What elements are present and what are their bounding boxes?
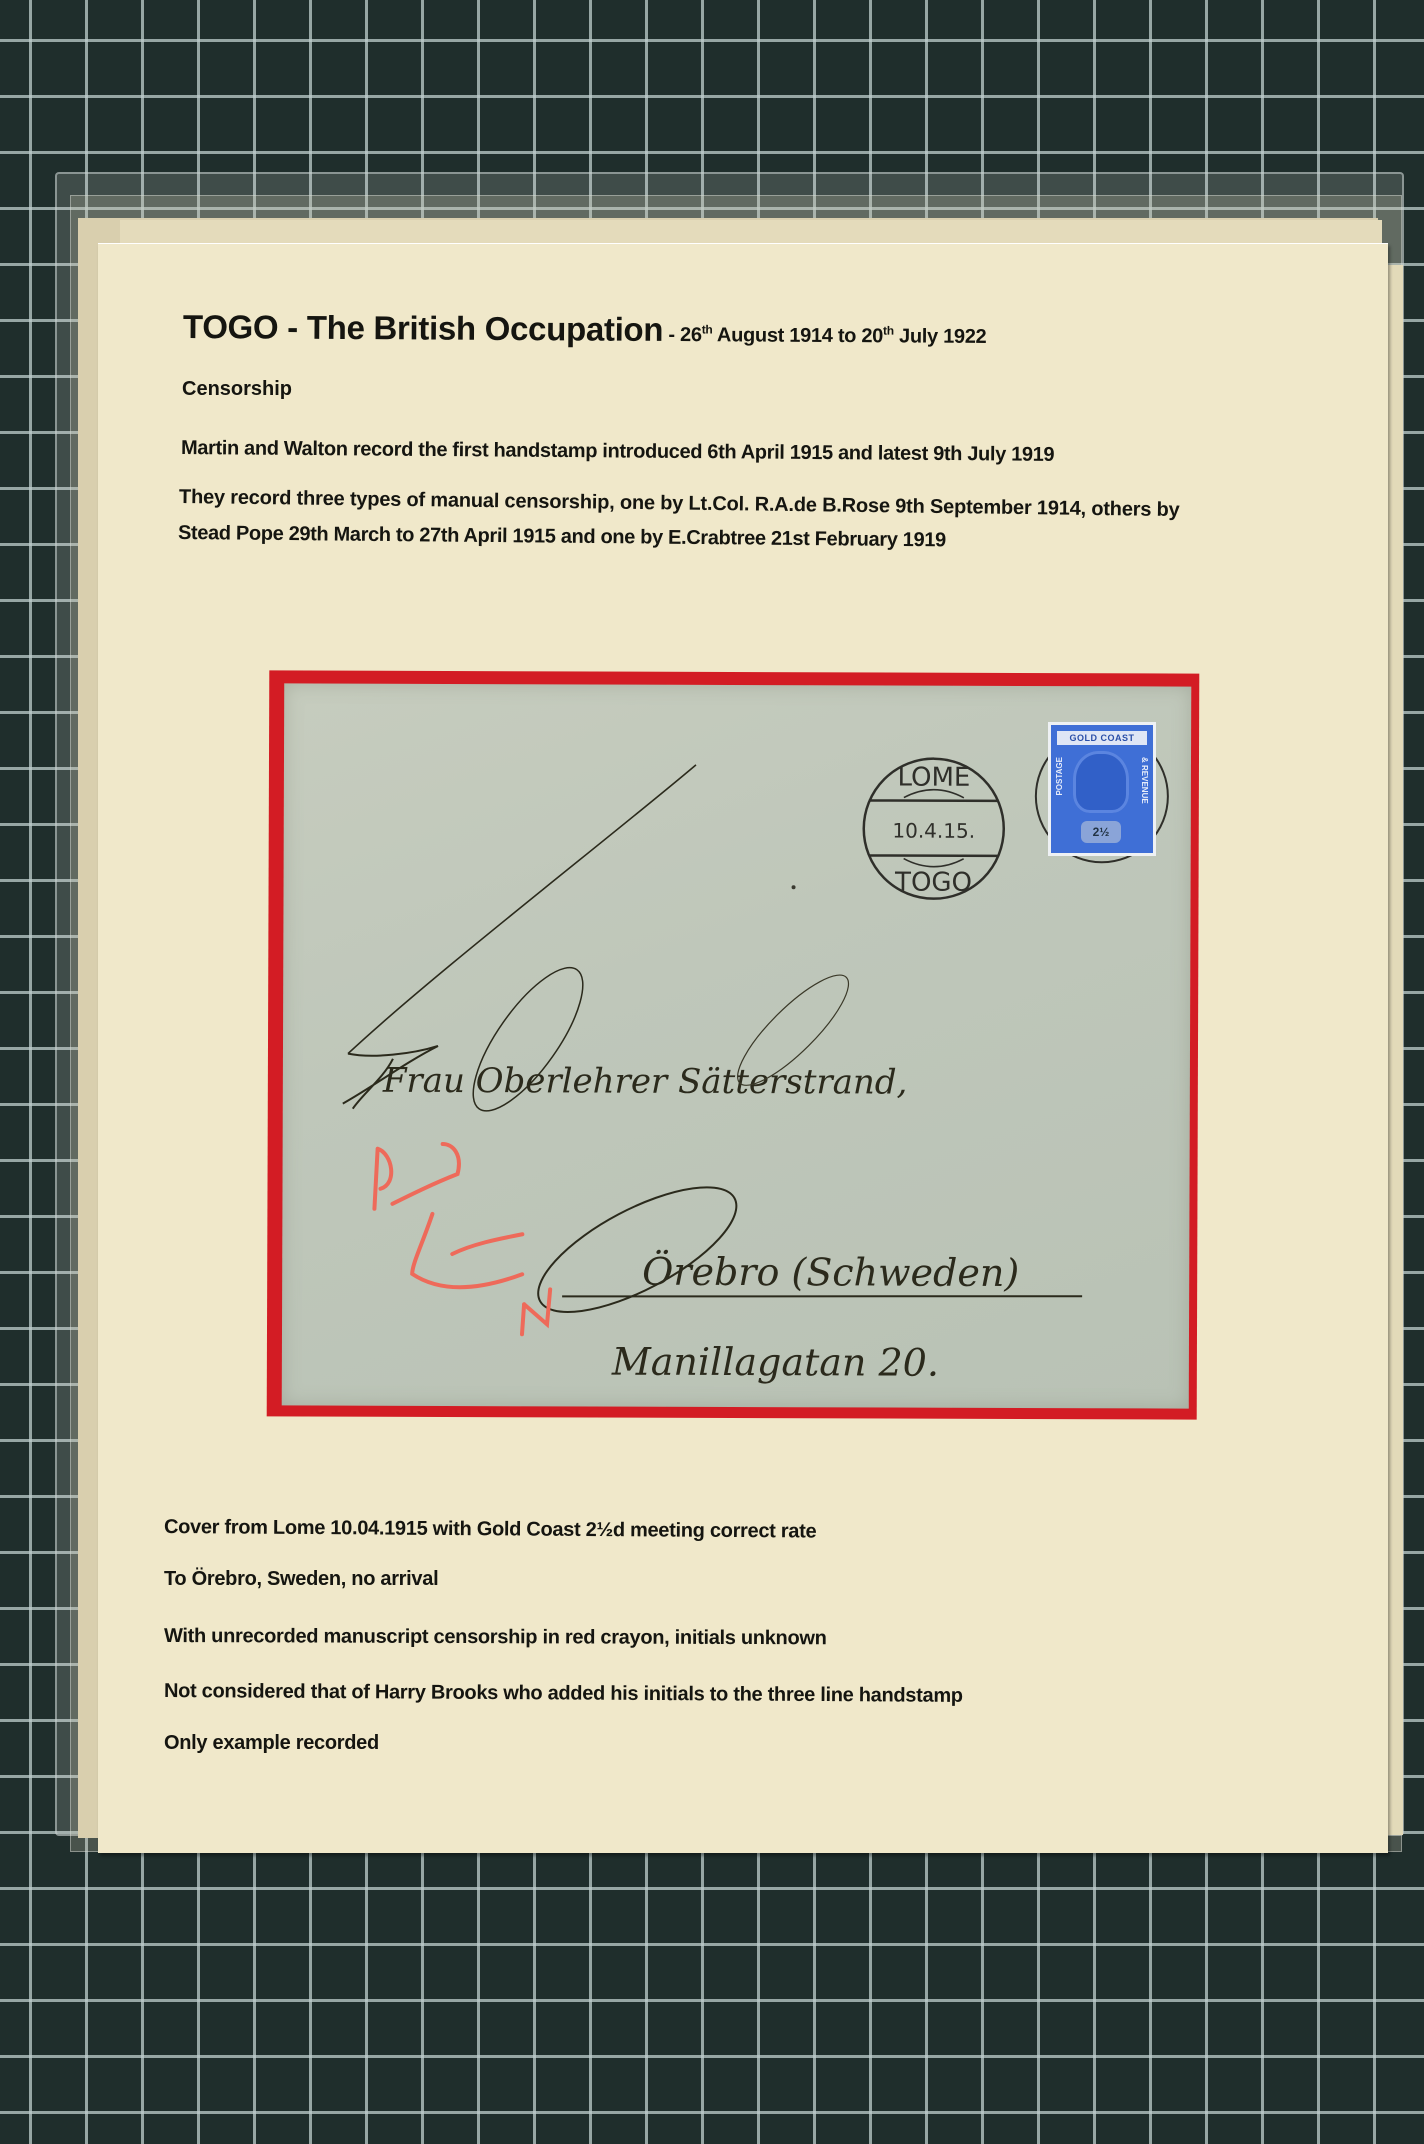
caption-line-5: Only example recorded bbox=[164, 1732, 379, 1755]
gold-coast-stamp: GOLD COAST POSTAGE & REVENUE 2½ bbox=[1048, 722, 1156, 856]
title-end-rest: July 1922 bbox=[894, 325, 987, 348]
pen-stroke-icon bbox=[348, 764, 696, 1055]
address-line-2: Örebro (Schweden) bbox=[642, 1250, 1019, 1295]
stamp-left-text: POSTAGE bbox=[1055, 757, 1064, 796]
caption-line-2: To Örebro, Sweden, no arrival bbox=[164, 1568, 438, 1591]
caption-line-1: Cover from Lome 10.04.1915 with Gold Coa… bbox=[164, 1516, 816, 1544]
caption-line-3: With unrecorded manuscript censorship in… bbox=[164, 1625, 827, 1650]
title-end-day: 20 bbox=[861, 325, 883, 347]
address-line-1: Frau Oberlehrer Sätterstrand, bbox=[382, 1061, 908, 1103]
title-end-suffix: th bbox=[883, 324, 894, 338]
page-title: TOGO - The British Occupation - 26th Aug… bbox=[183, 308, 987, 351]
title-date-range: - 26th August 1914 to 20th July 1922 bbox=[663, 324, 986, 348]
king-portrait-icon bbox=[1073, 751, 1129, 813]
section-heading: Censorship bbox=[182, 378, 292, 401]
stamp-value: 2½ bbox=[1081, 821, 1121, 843]
stamp-right-text: & REVENUE bbox=[1140, 757, 1149, 804]
postmark-top-text: LOME bbox=[897, 763, 970, 793]
stamp-country: GOLD COAST bbox=[1057, 731, 1147, 745]
censor-marking-text: Passed Censor bbox=[397, 1322, 405, 1325]
postmark-bottom-text: TOGO bbox=[894, 868, 972, 898]
postmark-date: 10.4.15. bbox=[892, 819, 975, 843]
title-start-suffix: th bbox=[702, 323, 713, 337]
caption-line-4: Not considered that of Harry Brooks who … bbox=[164, 1680, 963, 1708]
red-crayon-censor-mark bbox=[374, 1144, 551, 1335]
title-start-rest: August 1914 to bbox=[712, 324, 861, 347]
address-line-3: Manillagatan 20. bbox=[611, 1340, 939, 1385]
title-start-day: 26 bbox=[680, 324, 702, 346]
title-main: TOGO - The British Occupation bbox=[183, 308, 663, 348]
title-dash: - bbox=[663, 324, 680, 346]
